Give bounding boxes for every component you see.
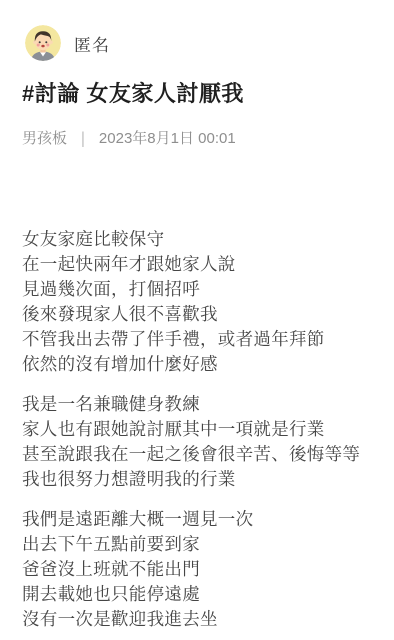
post-line: 我們是遠距離大概一週見一次: [22, 507, 374, 532]
post-line: 沒有一次是歡迎我進去坐: [22, 607, 374, 632]
post-line: 家人也有跟她說討厭其中一項就是行業: [22, 417, 374, 442]
post-line: 見過幾次面，打個招呼: [22, 277, 374, 302]
post-meta: 男孩板 | 2023年8月1日 00:01: [22, 129, 374, 149]
post-line: 爸爸沒上班就不能出門: [22, 557, 374, 582]
post-title: #討論 女友家人討厭我: [22, 79, 374, 109]
author-name: 匿名: [74, 31, 110, 56]
post-body: 女友家庭比較保守在一起快兩年才跟她家人說見過幾次面，打個招呼後來發現家人很不喜歡…: [22, 227, 374, 632]
post-line: 我也很努力想證明我的行業: [22, 467, 374, 492]
post-paragraph: 我是一名兼職健身教練家人也有跟她說討厭其中一項就是行業甚至說跟我在一起之後會很辛…: [22, 392, 374, 492]
post-line: 不管我出去帶了伴手禮，或者過年拜節: [22, 327, 374, 352]
post-line: 後來發現家人很不喜歡我: [22, 302, 374, 327]
post-line: 我是一名兼職健身教練: [22, 392, 374, 417]
post-line: 出去下午五點前要到家: [22, 532, 374, 557]
author-row[interactable]: 匿名: [25, 25, 374, 61]
anonymous-avatar-icon: [25, 25, 61, 61]
post-screen: 匿名 #討論 女友家人討厭我 男孩板 | 2023年8月1日 00:01 女友家…: [0, 0, 394, 640]
post-line: 在一起快兩年才跟她家人說: [22, 252, 374, 277]
board-name[interactable]: 男孩板: [22, 129, 67, 149]
post-line: 甚至說跟我在一起之後會很辛苦、後悔等等: [22, 442, 374, 467]
post-header: 匿名 #討論 女友家人討厭我 男孩板 | 2023年8月1日 00:01: [22, 25, 374, 149]
post-timestamp: 2023年8月1日 00:01: [99, 129, 236, 149]
post-line: 開去載她也只能停遠處: [22, 582, 374, 607]
post-paragraph: 女友家庭比較保守在一起快兩年才跟她家人說見過幾次面，打個招呼後來發現家人很不喜歡…: [22, 227, 374, 377]
meta-separator-bar: |: [81, 128, 85, 150]
post-line: 女友家庭比較保守: [22, 227, 374, 252]
post-paragraph: 我們是遠距離大概一週見一次出去下午五點前要到家爸爸沒上班就不能出門開去載她也只能…: [22, 507, 374, 632]
post-line: 依然的沒有增加什麼好感: [22, 352, 374, 377]
